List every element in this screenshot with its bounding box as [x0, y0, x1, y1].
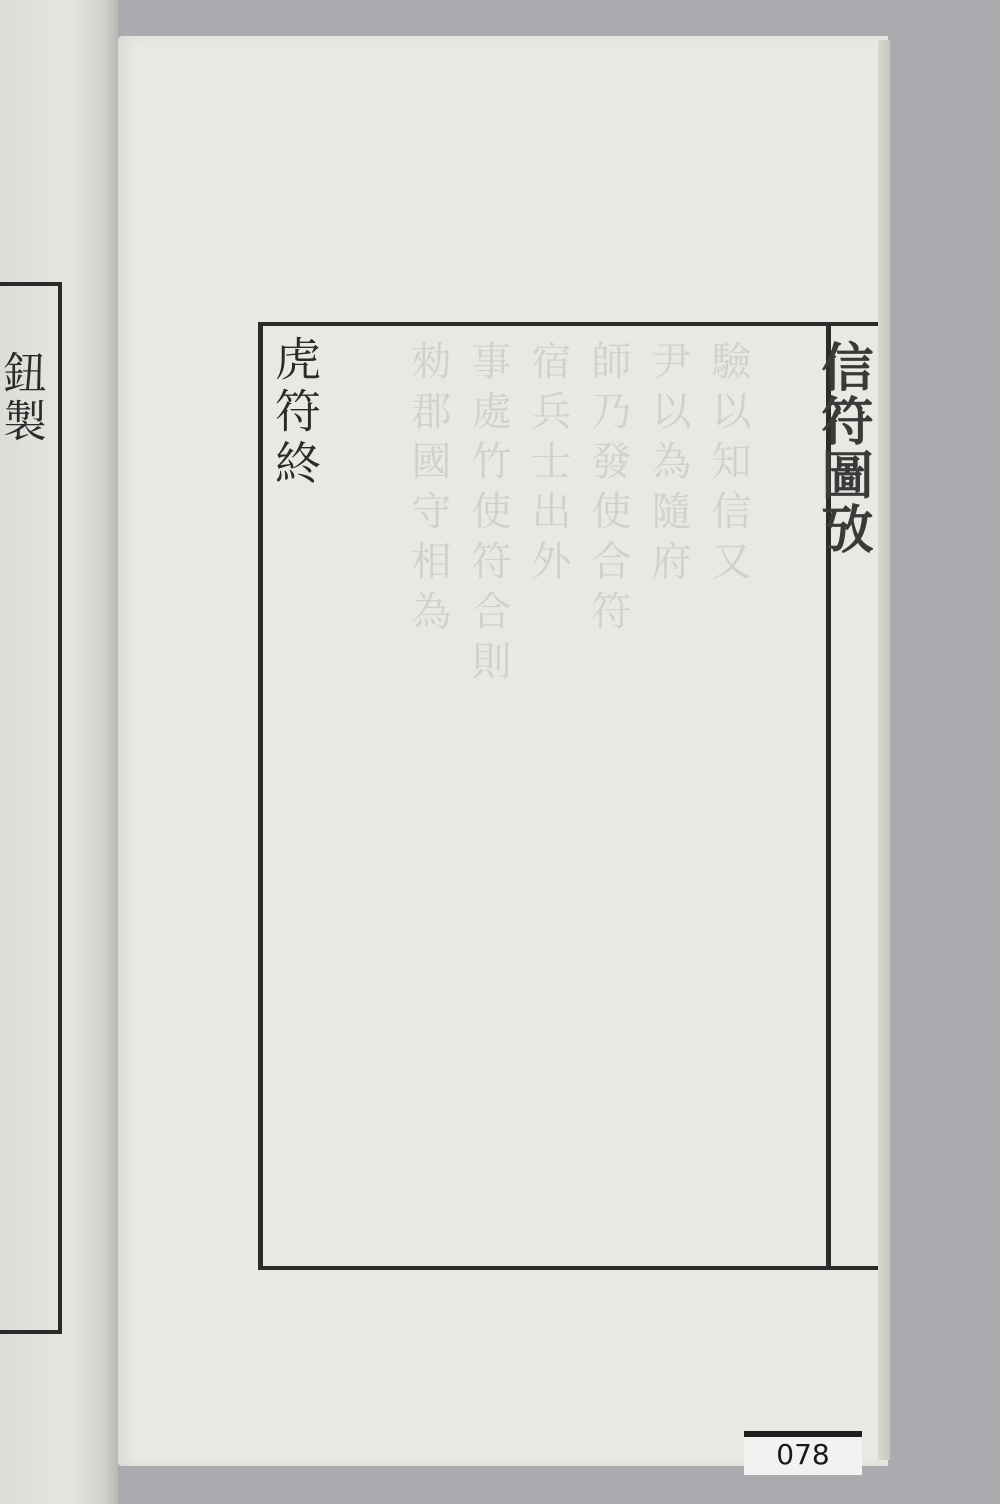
- section-end-heading: 虎符終: [272, 335, 328, 491]
- left-page: 鈕製: [0, 0, 118, 1504]
- center-column-title: 信符圖攷: [836, 340, 880, 556]
- left-page-text: 鈕製: [4, 350, 52, 446]
- text-frame: [258, 322, 878, 1270]
- page-number-label: 078: [744, 1431, 862, 1475]
